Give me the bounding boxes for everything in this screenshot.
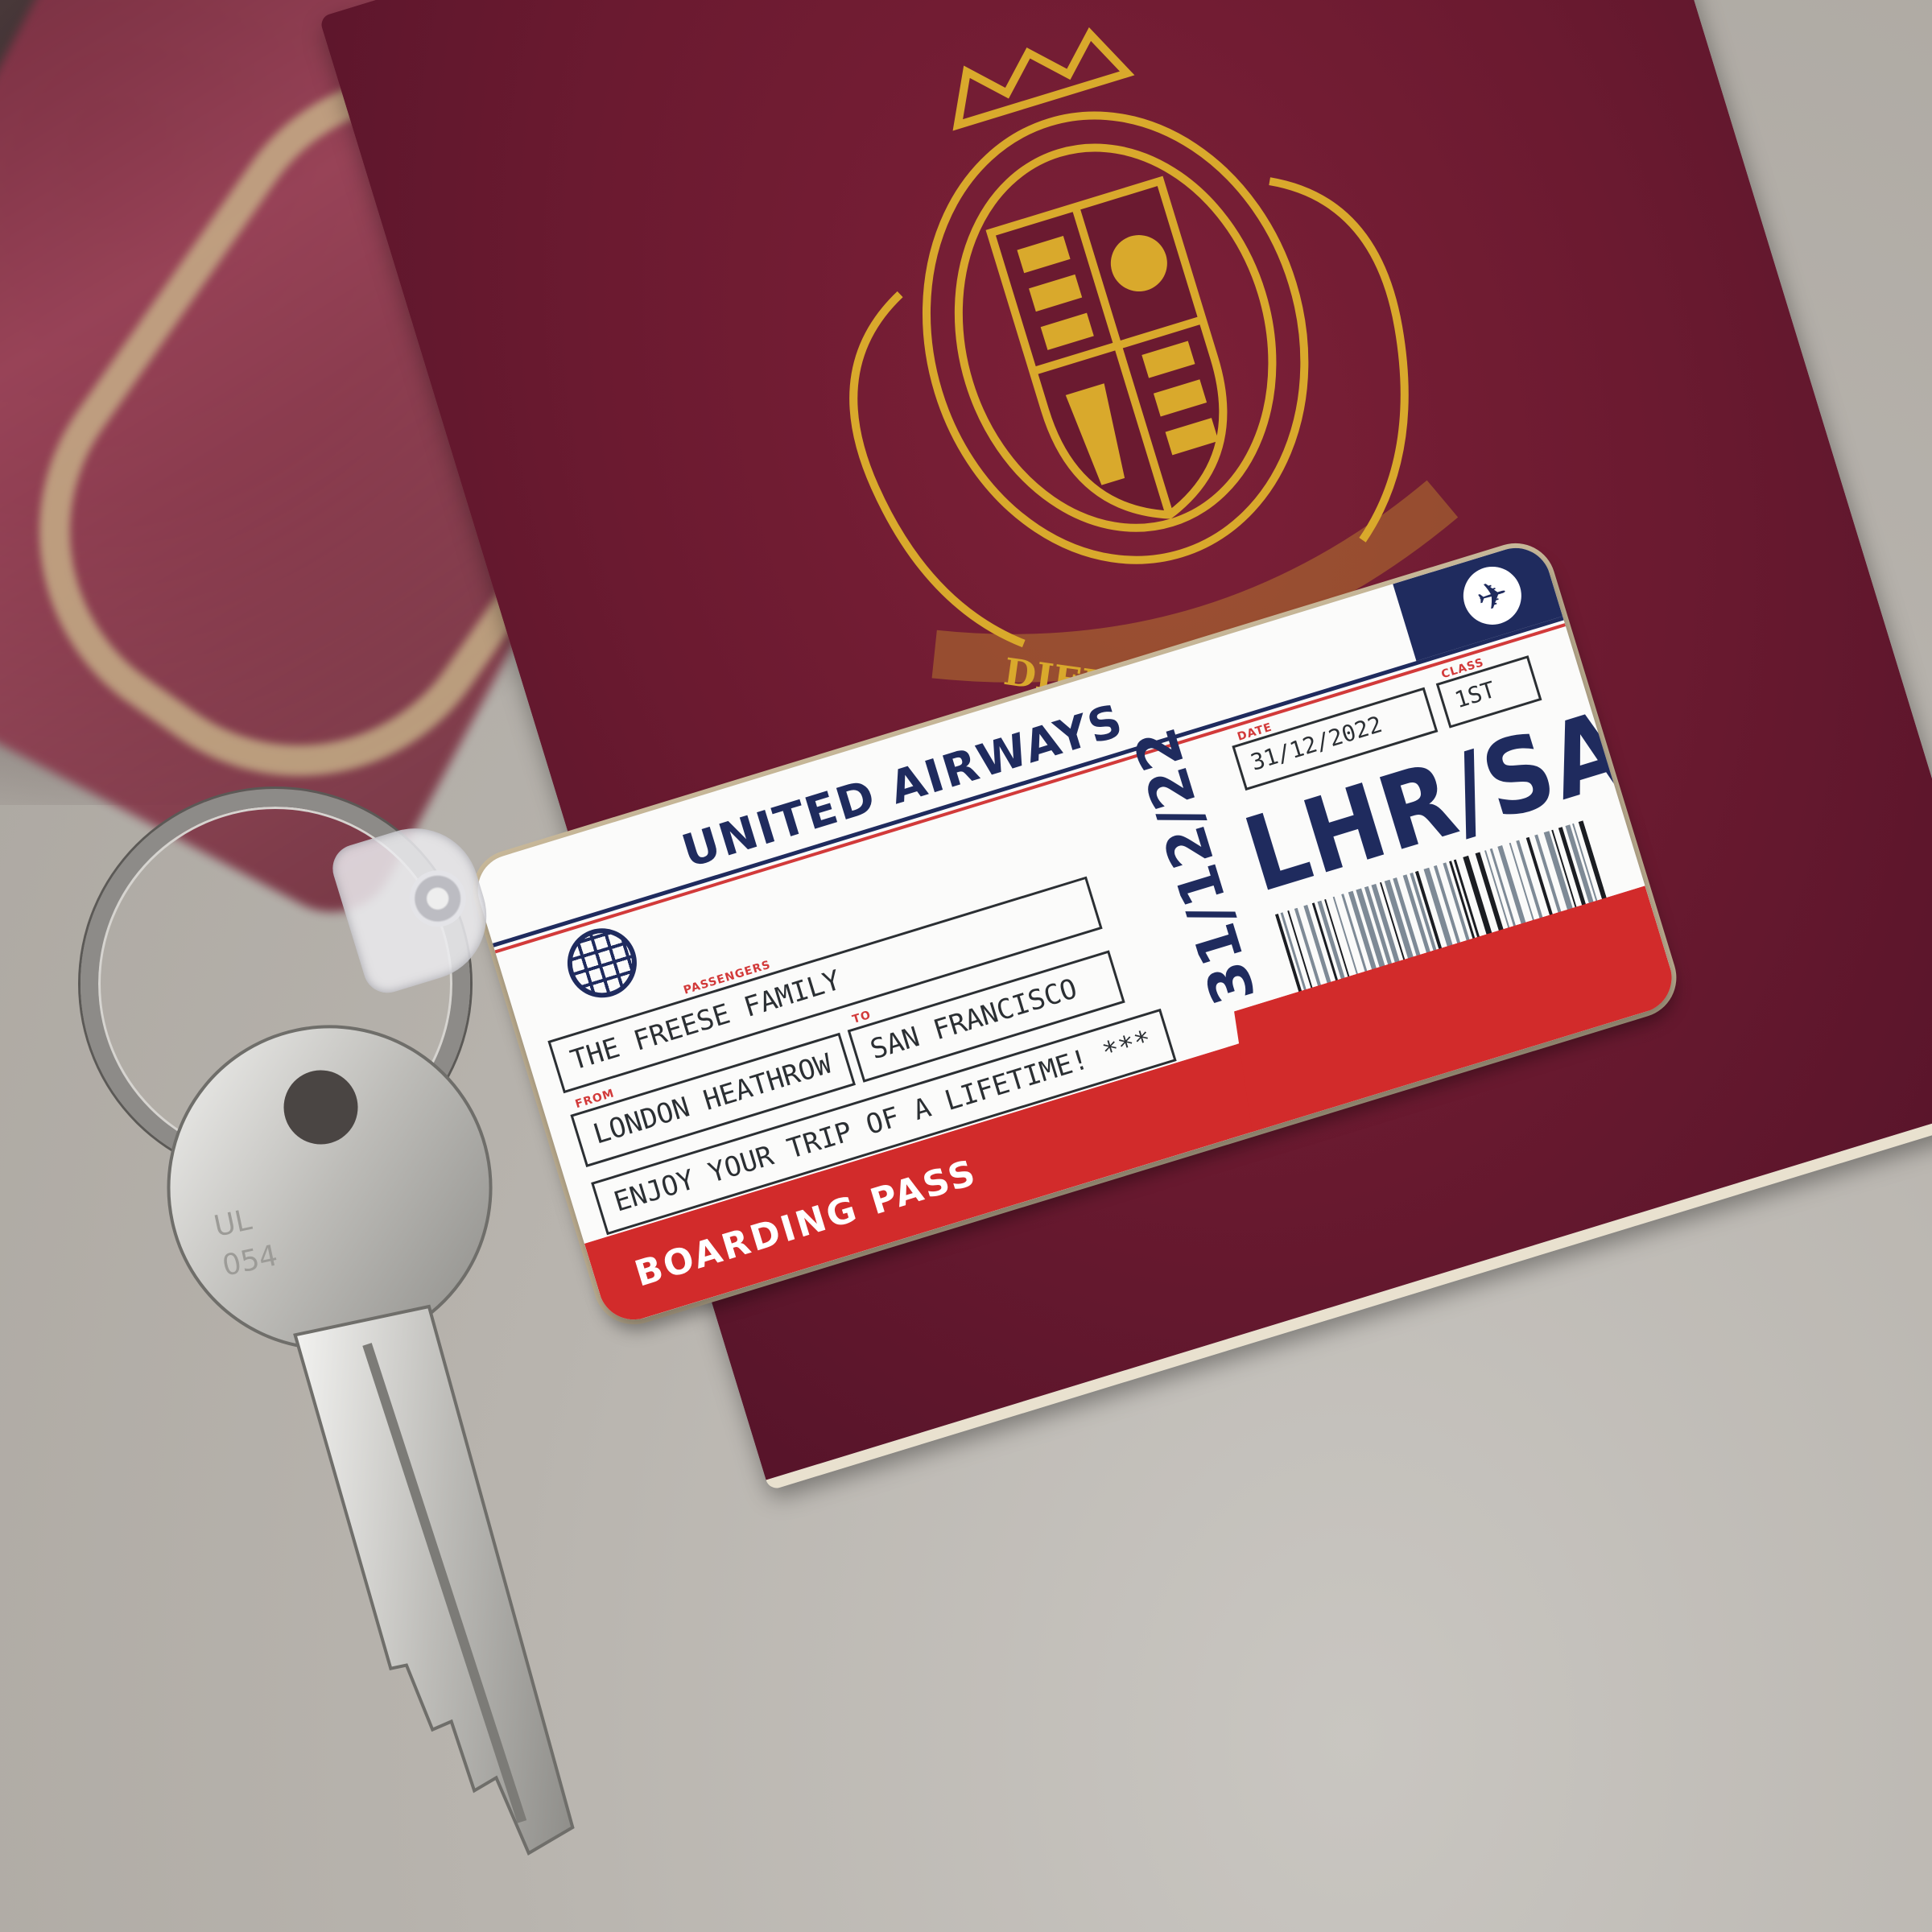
rivet [402,864,473,934]
globe-icon [559,920,645,1006]
photo-scene: DIEU ET MON DROIT PASS UL 054 ✈ UNITED A… [0,0,1932,1932]
stars: *** [1099,1024,1155,1069]
